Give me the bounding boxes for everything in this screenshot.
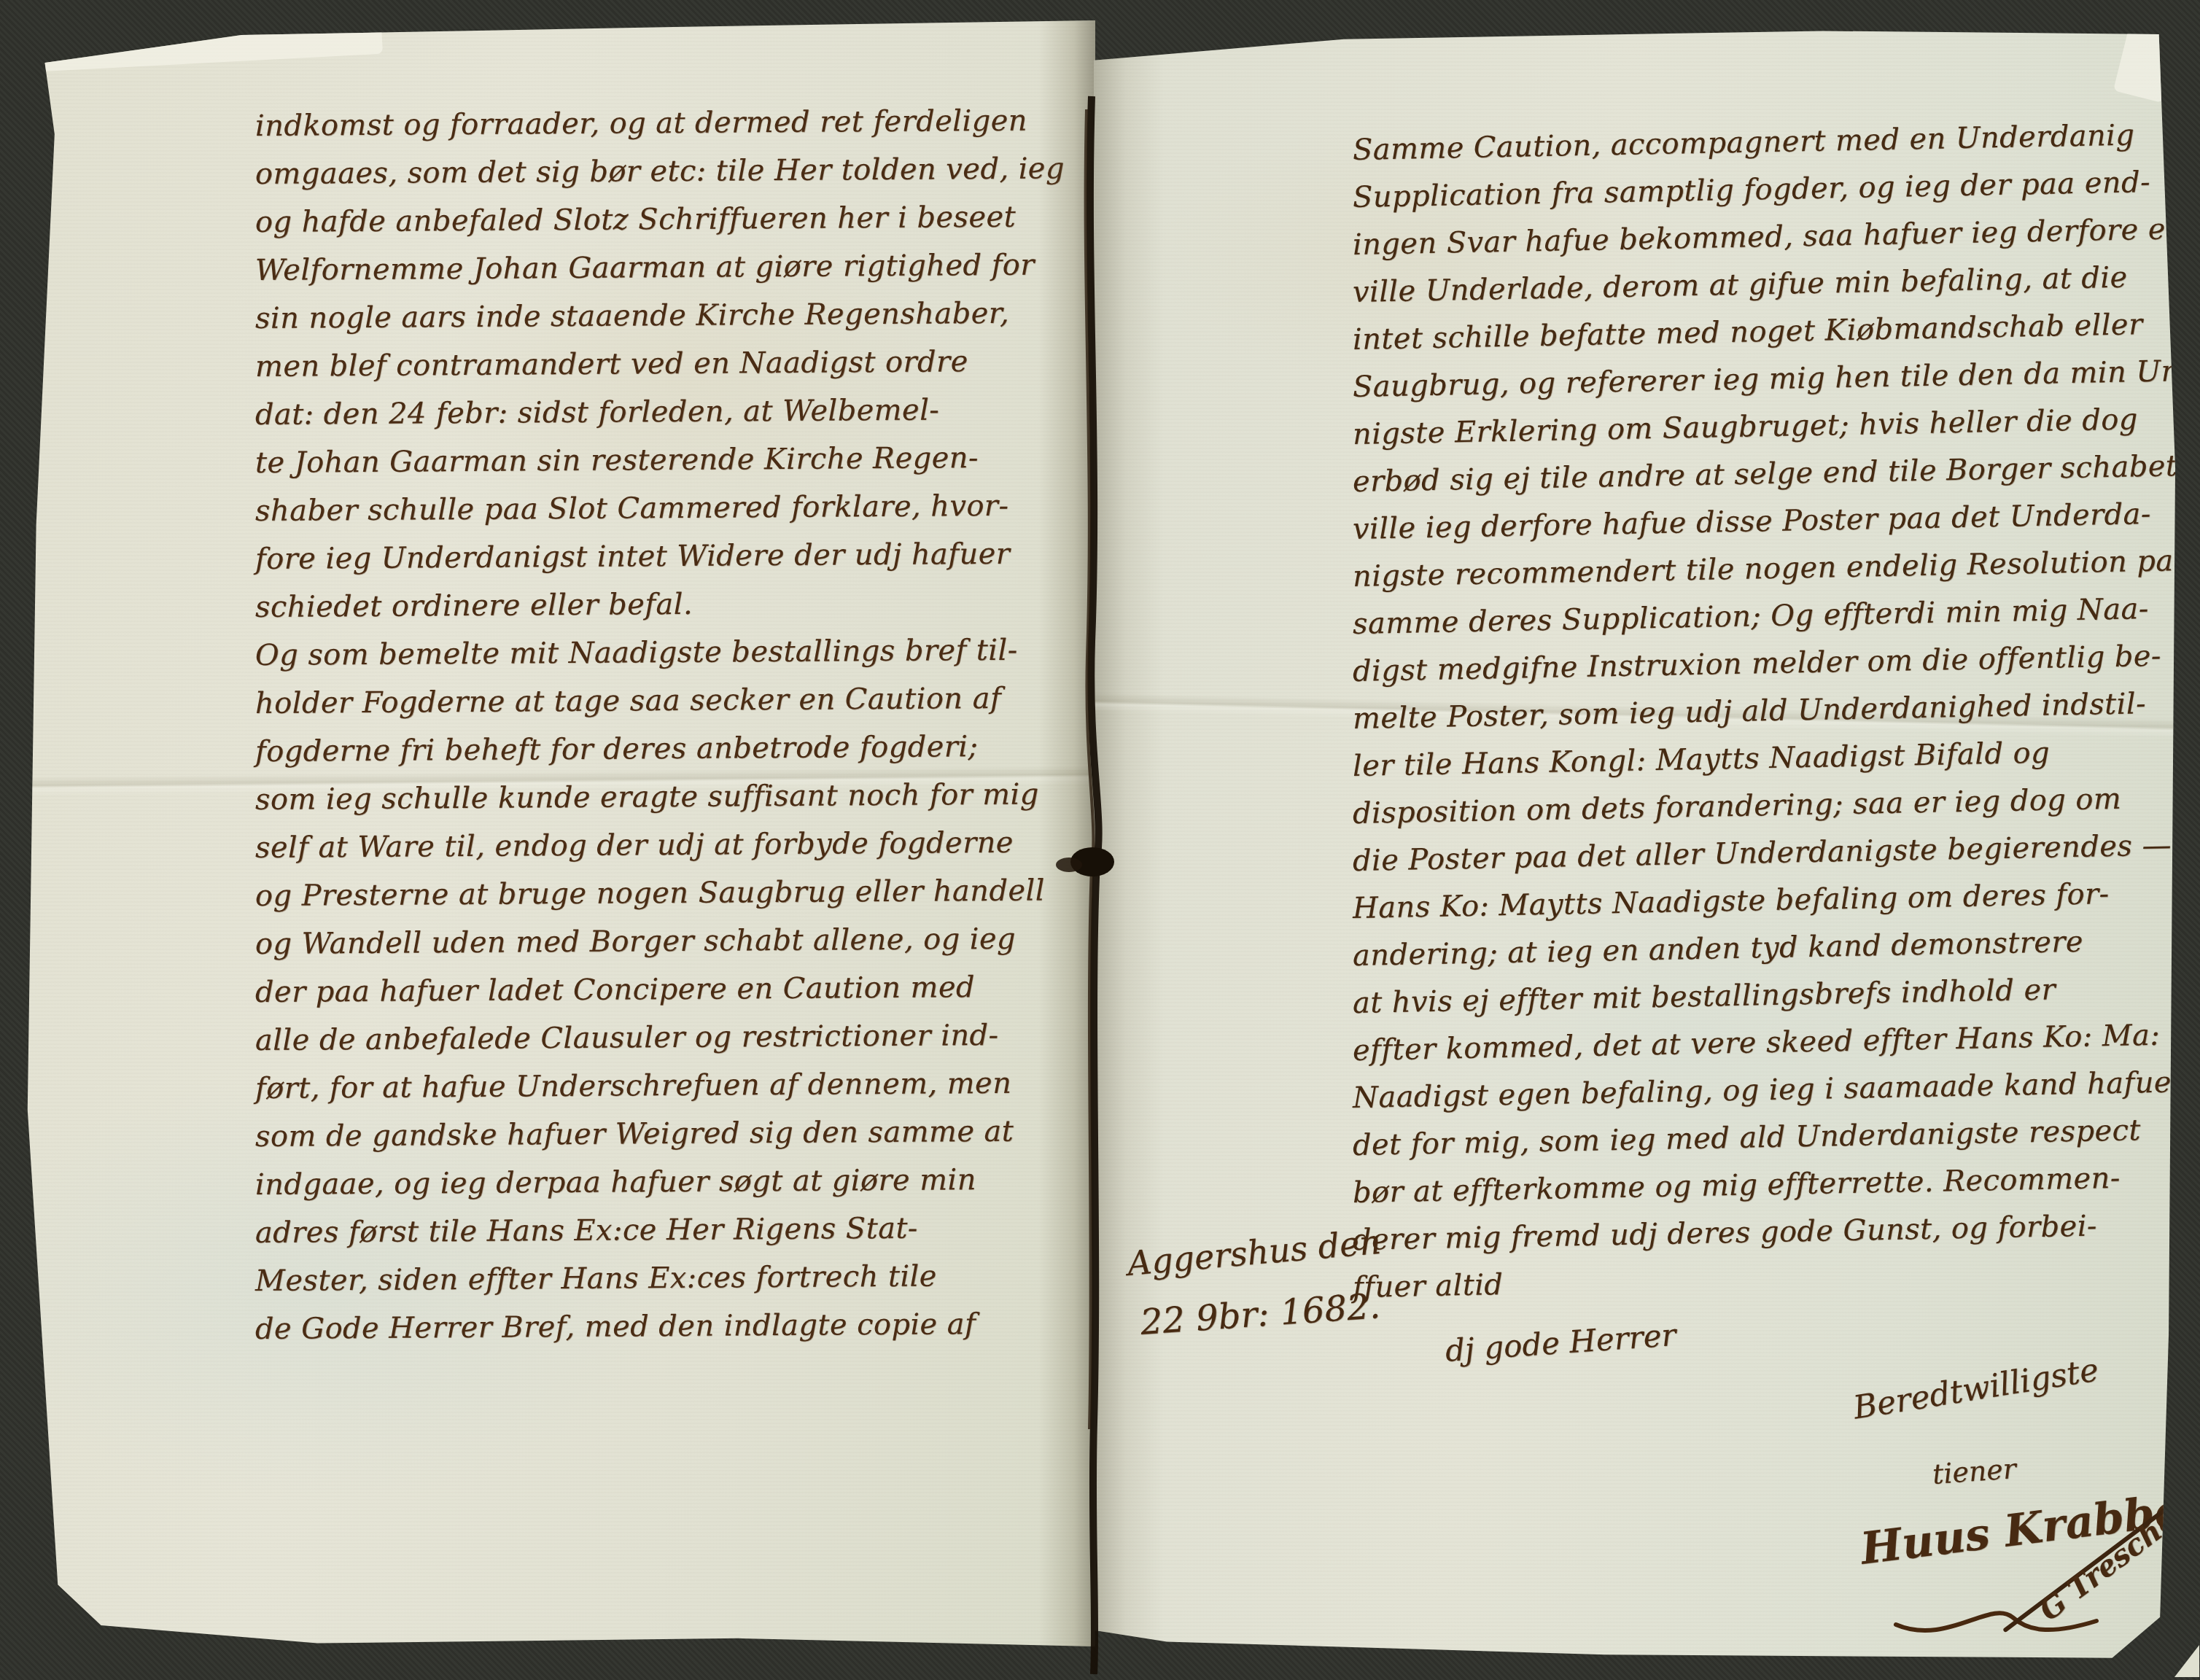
manuscript-line: te Johan Gaarman sin resterende Kirche R… [255,433,1101,487]
manuscript-line: som de gandske hafuer Weigred sig den sa… [255,1107,1101,1161]
manuscript-line: fogderne fri beheft for deres anbetrode … [255,722,1101,776]
manuscript-line: og Wandell uden med Borger schabt allene… [255,914,1101,968]
valediction-line-2: tiener [1931,1452,2017,1490]
left-page-top-edge-fold [39,16,383,72]
right-page-gutter-shadow [1094,28,1164,1660]
manuscript-line: de Gode Herrer Bref, med den indlagte co… [255,1299,1101,1353]
right-page: Samme Caution, accompagnert med en Under… [1094,28,2182,1660]
manuscript-line: alle de anbefalede Clausuler og restrict… [255,1011,1101,1065]
scanned-archive-spread: { "document": { "kind": "handwritten man… [0,0,2200,1680]
manuscript-line: der paa hafuer ladet Concipere en Cautio… [255,962,1101,1016]
left-page: indkomst og forraader, og at dermed ret … [15,20,1095,1646]
left-page-gutter-shadow [1038,20,1095,1646]
manuscript-line: omgaaes, som det sig bør etc: tile Her t… [255,144,1101,198]
manuscript-line: shaber schulle paa Slot Cammered forklar… [255,481,1101,535]
manuscript-line: Welfornemme Johan Gaarman at giøre rigti… [255,241,1101,295]
dateline-place: Aggershus den [1126,1222,1383,1283]
manuscript-line: som ieg schulle kunde eragte suffisant n… [255,770,1101,824]
left-page-text-block: indkomst og forraader, og at dermed ret … [255,102,1101,1353]
manuscript-line: holder Fogderne at tage saa secker en Ca… [255,674,1101,728]
valediction-line-1: Beredtwilligste [1851,1351,2102,1427]
closing-salutation: dj gode Herrer [1444,1317,1677,1369]
right-page-text-block: Samme Caution, accompagnert med en Under… [1353,127,2169,1312]
under-page-corner [2174,1645,2199,1677]
manuscript-line: og hafde anbefaled Slotz Schriffueren he… [255,192,1101,246]
manuscript-line: og Presterne at bruge nogen Saugbrug ell… [255,866,1101,920]
manuscript-line: Og som bemelte mit Naadigste bestallings… [255,626,1101,680]
manuscript-line: fore ieg Underdanigst intet Widere der u… [255,529,1101,583]
manuscript-line: ført, for at hafue Underschrefuen af den… [255,1059,1101,1113]
manuscript-line: men blef contramandert ved en Naadigst o… [255,337,1101,391]
manuscript-line: indkomst og forraader, og at dermed ret … [255,96,1101,150]
dateline-date: 22 9br: 1682. [1139,1286,1381,1343]
manuscript-line: adres først tile Hans Ex:ce Her Rigens S… [255,1203,1101,1257]
right-page-corner-dogear [2113,26,2179,103]
manuscript-line: schiedet ordinere eller befal. [255,577,1101,631]
manuscript-line: sin nogle aars inde staaende Kirche Rege… [255,289,1101,343]
manuscript-line: indgaae, og ieg derpaa hafuer søgt at gi… [255,1155,1101,1209]
manuscript-line: self at Ware til, endog der udj at forby… [255,818,1101,872]
manuscript-line: Mester, siden effter Hans Ex:ces fortrec… [255,1251,1101,1305]
manuscript-line: dat: den 24 febr: sidst forleden, at Wel… [255,385,1101,439]
